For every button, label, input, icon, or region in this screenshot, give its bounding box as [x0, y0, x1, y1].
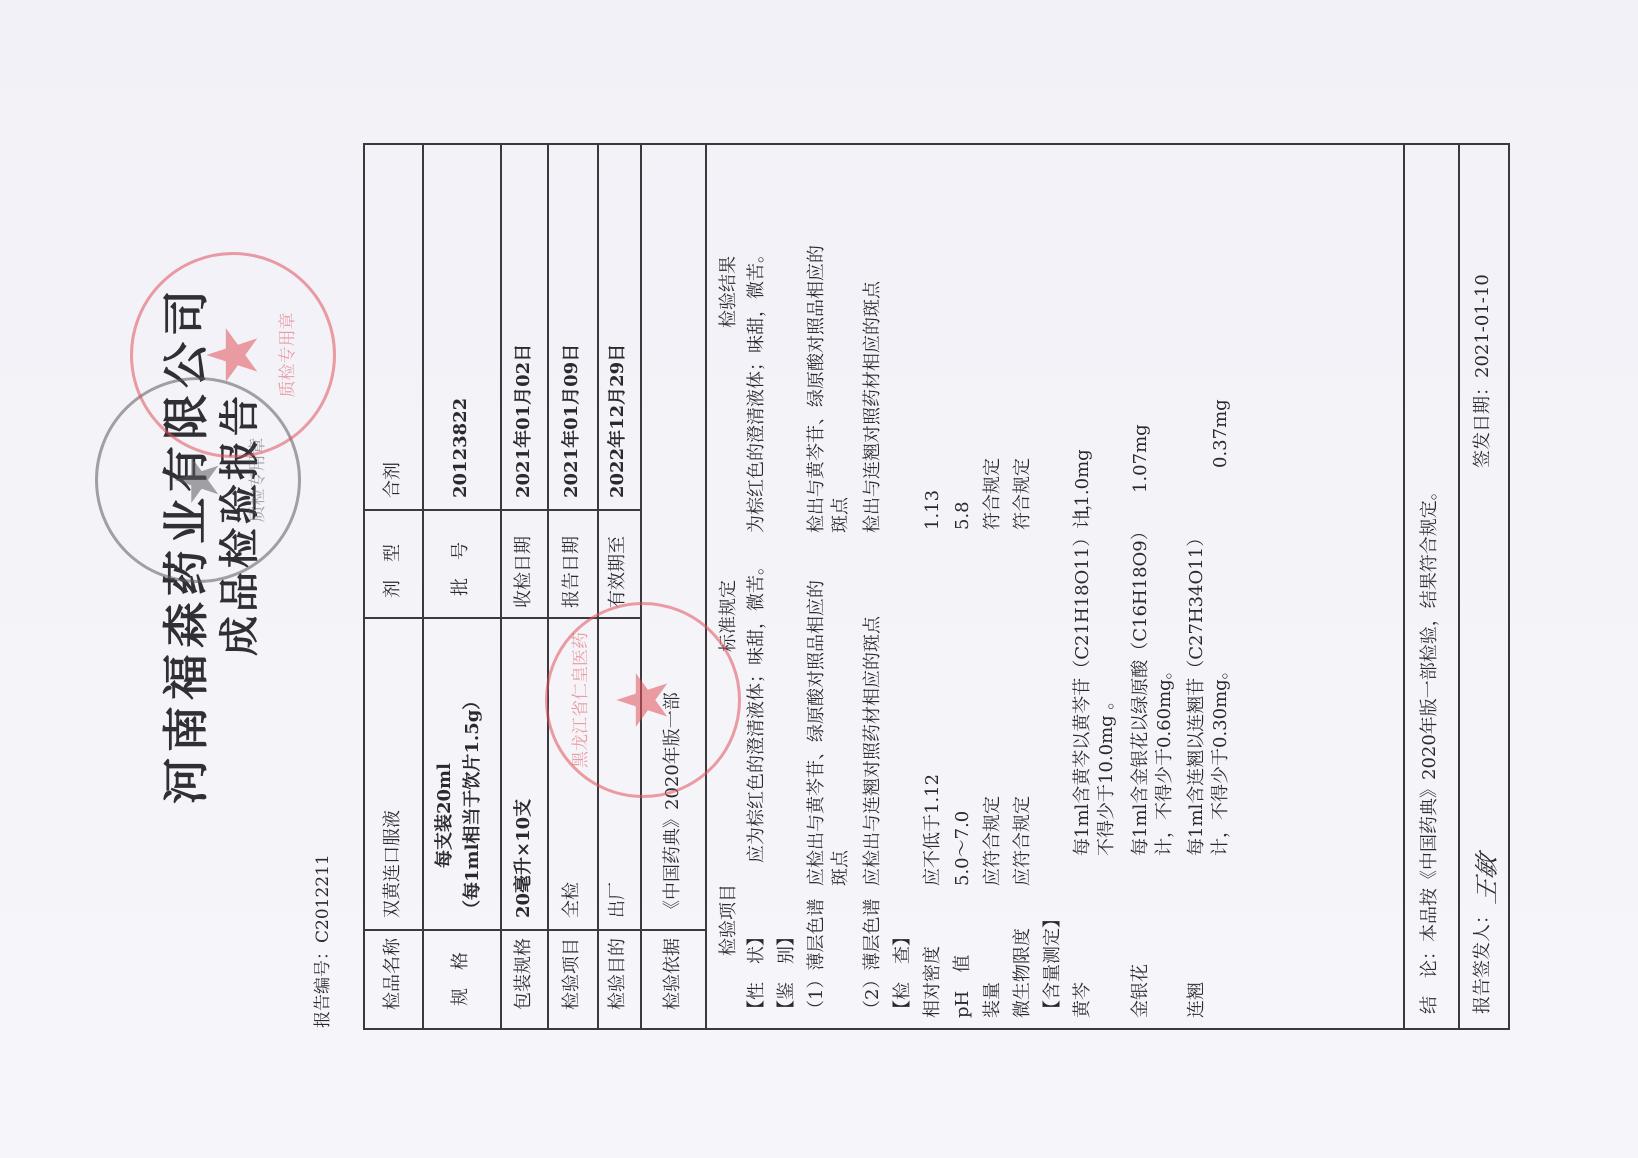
report-number-value: C2012211 — [313, 854, 333, 943]
report-date-value: 2021年01月09日 — [560, 344, 584, 498]
package-label: 包装规格 — [512, 938, 536, 1010]
ph-standard: 5.0～7.0 — [951, 811, 975, 886]
tlc2-item: （2）薄层色谱 — [861, 899, 885, 1018]
batch-value: 20123822 — [449, 398, 473, 498]
huangqin-item: 黄芩 — [1071, 982, 1095, 1018]
tlc1-result-line2: 斑点 — [829, 497, 853, 533]
microbial-result: 符合规定 — [1011, 458, 1035, 530]
issue-date: 签发日期：2021-01-10 — [1471, 274, 1495, 468]
ph-result: 5.8 — [951, 501, 975, 530]
column-standard-header: 标准规定 — [717, 580, 741, 652]
issue-date-label: 签发日期： — [1472, 378, 1493, 468]
tlc1-item: （1）薄层色谱 — [805, 899, 829, 1018]
section-character: 【性 状】 — [745, 928, 769, 1018]
huangqin-standard-line1: 每1ml含黄芩以黄芩苷（C21H18O11）计， — [1071, 493, 1095, 856]
signer-label: 报告签发人： — [1471, 906, 1495, 1014]
column-item-header: 检验项目 — [717, 884, 741, 956]
section-check: 【检 查】 — [891, 928, 915, 1018]
basis-label: 检验依据 — [661, 938, 685, 1010]
section-identification: 【鉴 别】 — [775, 928, 799, 1018]
density-standard: 应不低于1.12 — [921, 774, 945, 886]
fill-standard: 应符合规定 — [981, 796, 1005, 886]
microbial-item: 微生物限度 — [1011, 928, 1035, 1018]
lianqiao-result: 0.37mg — [1209, 399, 1233, 468]
jinyinhua-result: 1.07mg — [1129, 424, 1153, 493]
package-value: 20毫升×10支 — [512, 799, 536, 918]
character-result: 为棕红色的澄清液体；味甜，微苦。 — [745, 245, 769, 533]
report-number-label: 报告编号： — [313, 943, 333, 1028]
tlc2-standard: 应检出与连翘对照药材相应的斑点 — [861, 616, 885, 886]
spec-label: 规 格 — [449, 952, 473, 1006]
valid-until-label: 有效期至 — [606, 536, 630, 608]
dosage-form-value: 合剂 — [381, 462, 405, 498]
tlc1-standard-line2: 斑点 — [829, 850, 853, 886]
company-name: 河南福森药业有限公司 — [150, 0, 216, 1158]
product-name-value: 双黄连口服液 — [381, 810, 405, 918]
report-table: 检品名称 双黄连口服液 剂 型 合剂 规 格 每支装20ml （每1ml相当于饮… — [363, 143, 1510, 1030]
report-date-label: 报告日期 — [560, 536, 584, 608]
fill-result: 符合规定 — [981, 458, 1005, 530]
conclusion: 结 论：本品按《中国药典》2020年版一部检验，结果符合规定。 — [1418, 482, 1442, 1014]
huangqin-standard-line2: 不得少于10.0mg 。 — [1095, 692, 1119, 856]
jinyinhua-item: 金银花 — [1129, 964, 1153, 1018]
basis-value: 《中国药典》2020年版一部 — [661, 692, 685, 918]
microbial-standard: 应符合规定 — [1011, 796, 1035, 886]
test-items-label: 检验项目 — [560, 938, 584, 1010]
conclusion-label: 结 论： — [1419, 942, 1440, 1014]
spec-value-line1: 每支装20ml — [433, 763, 457, 868]
density-result: 1.13 — [921, 490, 945, 530]
spec-value-line2: （每1ml相当于饮片1.5g） — [461, 692, 485, 918]
receive-date-value: 2021年01月02日 — [512, 344, 536, 498]
test-items-value: 全检 — [560, 882, 584, 918]
purpose-value: 出厂 — [606, 882, 630, 918]
dosage-form-label: 剂 型 — [381, 544, 405, 598]
fill-item: 装量 — [981, 982, 1005, 1018]
huangqin-result: 11.0mg — [1071, 449, 1095, 518]
tlc2-result: 检出与连翘对照药材相应的斑点 — [861, 281, 885, 533]
density-item: 相对密度 — [921, 946, 945, 1018]
character-standard: 应为棕红色的澄清液体；味甜，微苦。 — [745, 557, 769, 863]
inspection-report-page: 河南福森药业有限公司 成品检验报告 报告编号：C2012211 ★ 质检专用章 … — [0, 0, 1638, 1158]
purpose-label: 检验目的 — [606, 938, 630, 1010]
section-assay: 【含量测定】 — [1041, 910, 1065, 1018]
tlc1-standard-line1: 应检出与黄芩苷、绿原酸对照品相应的 — [805, 580, 829, 886]
product-name-label: 检品名称 — [381, 938, 405, 1010]
jinyinhua-standard-line2: 计，不得少于0.60mg。 — [1153, 661, 1177, 856]
receive-date-label: 收检日期 — [512, 536, 536, 608]
signer-signature: 王敏 — [1467, 849, 1502, 906]
valid-until-value: 2022年12月29日 — [606, 344, 630, 498]
tlc1-result-line1: 检出与黄芩苷、绿原酸对照品相应的 — [805, 245, 829, 533]
report-number: 报告编号：C2012211 — [308, 854, 333, 1028]
jinyinhua-standard-line1: 每1ml含金银花以绿原酸（C16H18O9） — [1129, 522, 1153, 856]
lianqiao-standard-line1: 每1ml含连翘以连翘苷（C27H34O11） — [1185, 529, 1209, 856]
batch-label: 批 号 — [449, 542, 473, 596]
conclusion-text: 本品按《中国药典》2020年版一部检验，结果符合规定。 — [1419, 482, 1440, 942]
issue-date-value: 2021-01-10 — [1472, 274, 1493, 378]
lianqiao-item: 连翘 — [1185, 982, 1209, 1018]
column-result-header: 检验结果 — [717, 256, 741, 328]
report-title: 成品检验报告 — [208, 0, 265, 1158]
lianqiao-standard-line2: 计，不得少于0.30mg。 — [1209, 661, 1233, 856]
ph-item: pH 值 — [951, 955, 975, 1018]
stamp-text: 质检专用章 — [273, 255, 298, 455]
